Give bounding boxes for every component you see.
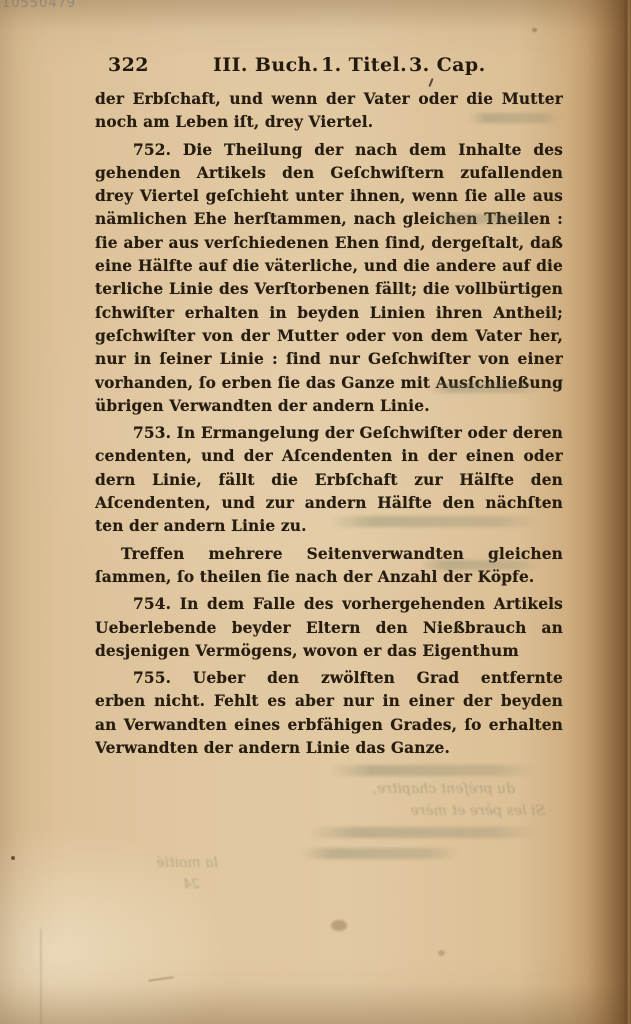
- paragraph: 752. Die Theilung der nach dem Inhalte d…: [95, 139, 563, 419]
- text-line: ſie aber aus verſchiedenen Ehen ſind, de…: [95, 232, 563, 255]
- header-titel: 1. Titel.: [321, 54, 407, 76]
- paragraph: 754. In dem Falle des vorhergehenden Art…: [95, 593, 563, 663]
- text-line: ten der andern Linie zu.: [95, 515, 563, 538]
- page-header: 322 III. Buch. 1. Titel. 3. Cap.: [95, 54, 565, 78]
- text-line: ſammen, ſo theilen ſie nach der Anzahl d…: [95, 566, 563, 589]
- text-line: dern Linie, fällt die Erbſchaft zur Hälf…: [95, 469, 563, 492]
- text-line: nur in ſeiner Linie : ſind nur Geſchwiſt…: [95, 348, 563, 371]
- text-line: 755. Ueber den zwölften Grad entfernte V…: [95, 667, 563, 690]
- paragraph: 755. Ueber den zwölften Grad entfernte V…: [95, 667, 563, 760]
- text-line: Aſcendenten, und zur andern Hälfte den n…: [95, 492, 563, 515]
- text-line: geſchwiſter von der Mutter oder von dem …: [95, 325, 563, 348]
- paragraph: der Erbſchaft, und wenn der Vater oder d…: [95, 88, 563, 135]
- paper-crease: [40, 929, 42, 1024]
- text-line: Treffen mehrere Seitenverwandten gleiche…: [95, 543, 563, 566]
- show-through-text: 24: [183, 877, 200, 892]
- text-line: drey Viertel geſchieht unter ihnen, wenn…: [95, 185, 563, 208]
- text-line: Ueberlebende beyder Eltern den Nießbrauc…: [95, 617, 563, 640]
- text-line: nämlichen Ehe herſtammen, nach gleichen …: [95, 208, 563, 231]
- header-book: III. Buch.: [213, 54, 319, 76]
- paper-speck: [532, 28, 537, 32]
- book-page-scan: 10550479 322 III. Buch. 1. Titel. 3. Cap…: [0, 0, 631, 1024]
- text-line: gehenden Artikels den Geſchwiſtern zufal…: [95, 162, 563, 185]
- header-chapter: 3. Cap.: [409, 54, 486, 76]
- text-line: noch am Leben iſt, drey Viertel.: [95, 111, 563, 134]
- text-line: ſchwiſter erhalten in beyden Linien ihre…: [95, 302, 563, 325]
- paragraph: Treffen mehrere Seitenverwandten gleiche…: [95, 543, 563, 590]
- text-line: 752. Die Theilung der nach dem Inhalte d…: [95, 139, 563, 162]
- scan-id-number: 10550479: [2, 0, 76, 11]
- show-through-text: la moitié: [123, 855, 218, 871]
- show-through-smudge: [308, 827, 540, 838]
- show-through-smudge: [330, 765, 535, 776]
- paper-speck: [11, 856, 15, 860]
- show-through-smudge: [300, 848, 460, 859]
- text-line: erben nicht. Fehlt es aber nur in einer …: [95, 690, 563, 713]
- text-line: Verwandten der andern Linie das Ganze.: [95, 737, 563, 760]
- show-through-text: du préſent chapitre,: [355, 781, 515, 797]
- paper-stain: [438, 950, 445, 956]
- text-line: der Erbſchaft, und wenn der Vater oder d…: [95, 88, 563, 111]
- text-line: 754. In dem Falle des vorhergehenden Art…: [95, 593, 563, 616]
- page-edge-shadow: [587, 0, 631, 1024]
- page-number: 322: [108, 54, 149, 76]
- text-line: eine Hälfte auf die väterliche, und die …: [95, 255, 563, 278]
- text-line: terliche Linie des Verſtorbenen fällt; d…: [95, 278, 563, 301]
- text-line: cendenten, und der Aſcendenten in der ei…: [95, 445, 563, 468]
- text-line: desjenigen Vermögens, wovon er das Eigen…: [95, 640, 563, 663]
- paragraph: 753. In Ermangelung der Geſchwiſter oder…: [95, 422, 563, 538]
- paper-fiber: [148, 976, 174, 982]
- text-line: vorhanden, ſo erben ſie das Ganze mit Au…: [95, 372, 563, 395]
- text-line: übrigen Verwandten der andern Linie.: [95, 395, 563, 418]
- show-through-text: Si les père et mère: [315, 803, 545, 819]
- ink-mark: [428, 78, 433, 87]
- text-line: an Verwandten eines erbfähigen Grades, ſ…: [95, 714, 563, 737]
- body-text: der Erbſchaft, und wenn der Vater oder d…: [95, 88, 563, 760]
- text-line: 753. In Ermangelung der Geſchwiſter oder…: [95, 422, 563, 445]
- paper-stain: [331, 920, 347, 931]
